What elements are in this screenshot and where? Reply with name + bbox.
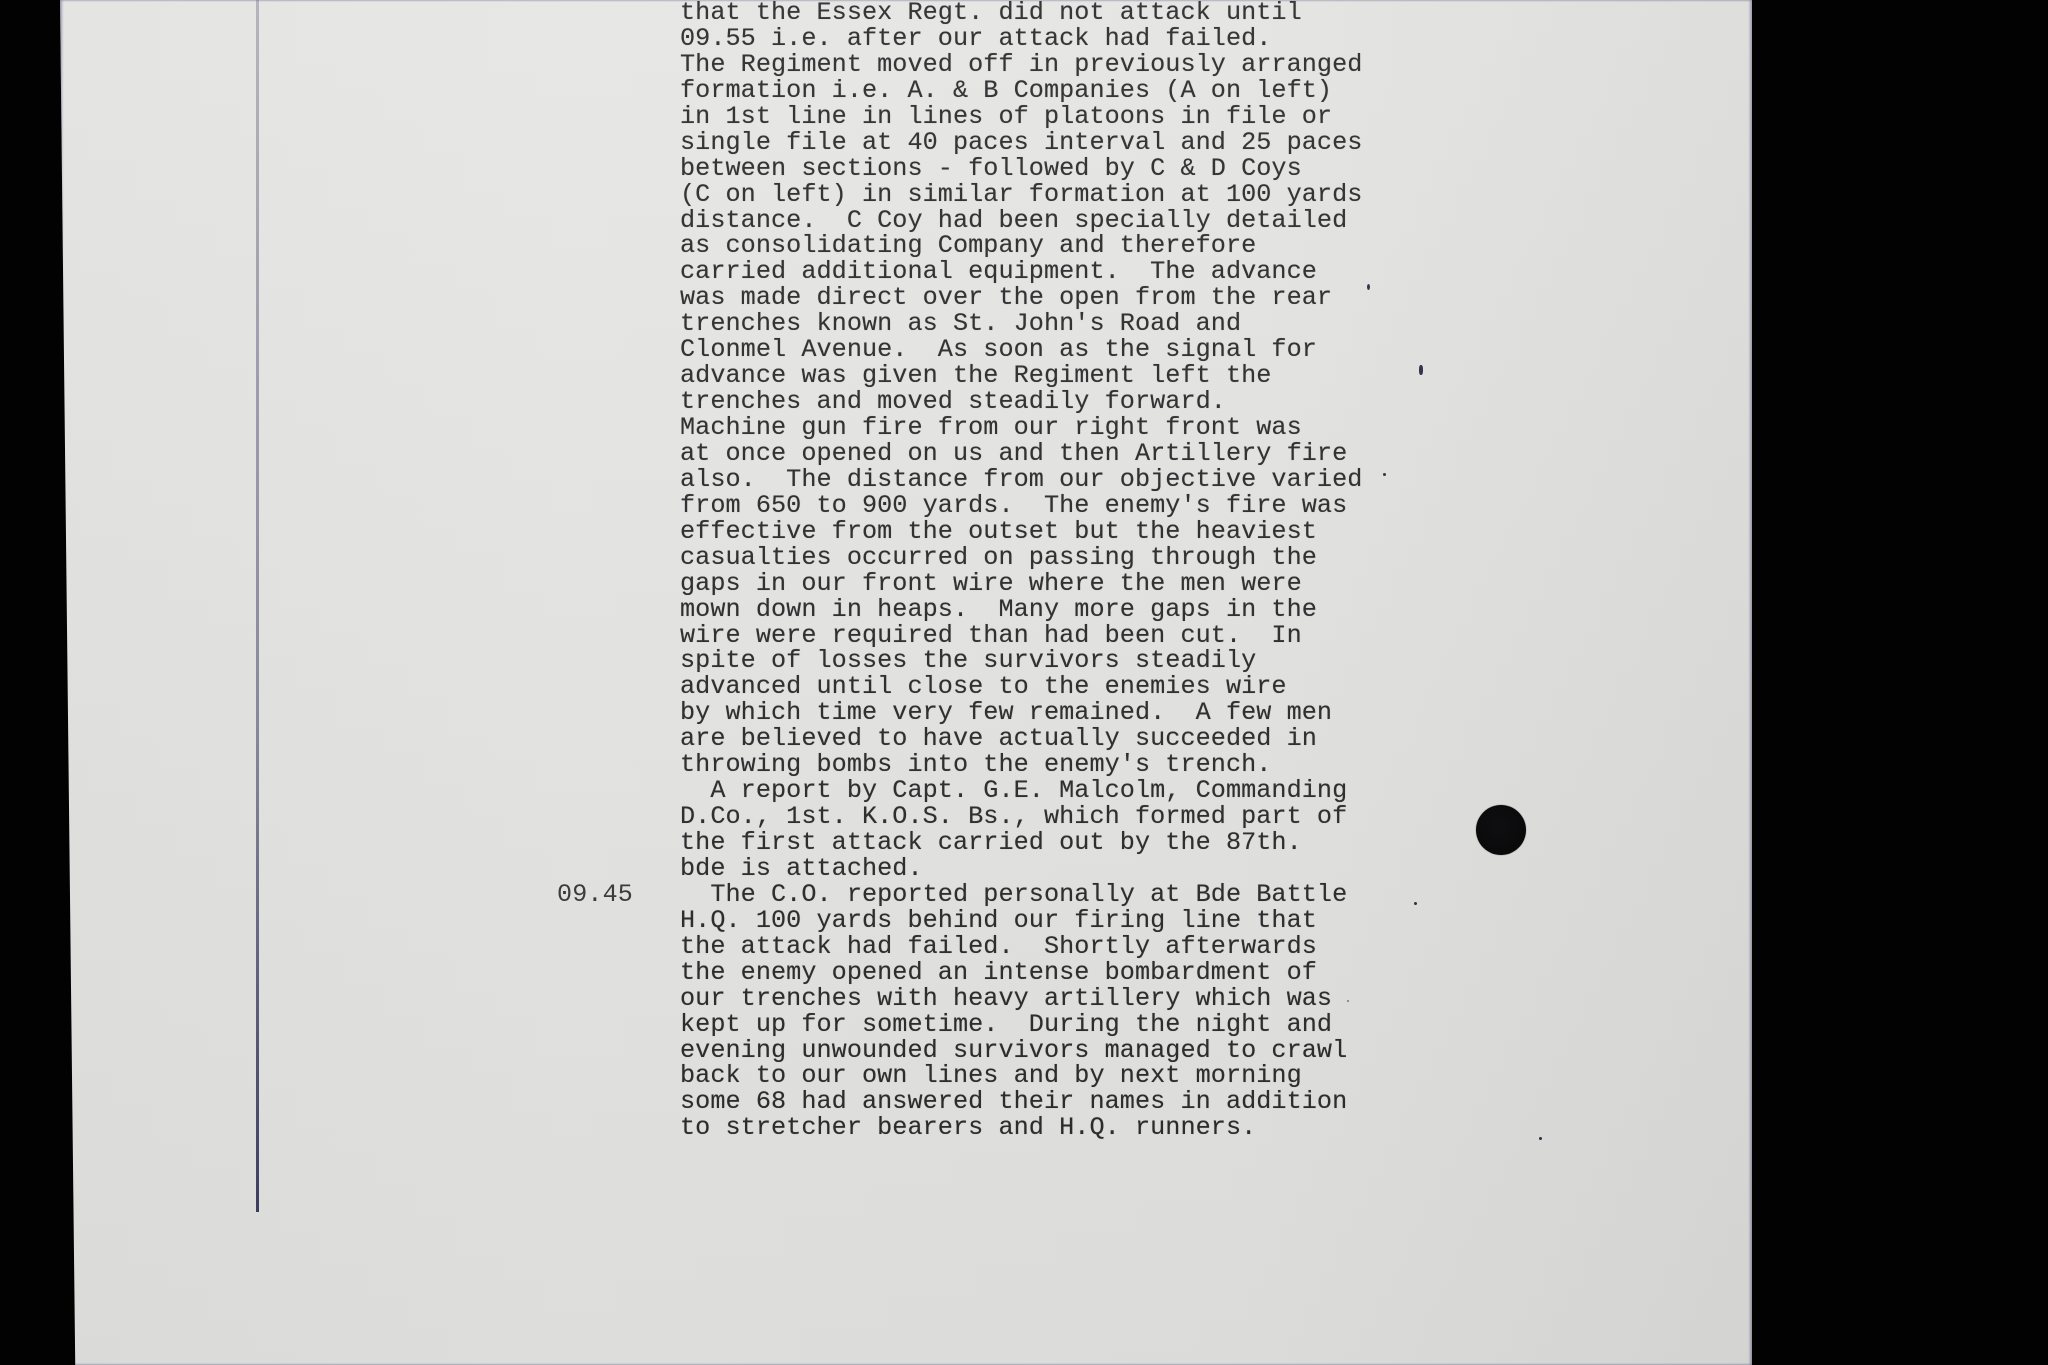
text-line: at once opened on us and then Artillery …: [680, 441, 1362, 467]
text-line: spite of losses the survivors steadily: [680, 648, 1362, 674]
ink-speck: [1367, 284, 1370, 290]
text-line: to stretcher bearers and H.Q. runners.: [680, 1115, 1362, 1141]
text-line: Machine gun fire from our right front wa…: [680, 415, 1362, 441]
text-line: kept up for sometime. During the night a…: [680, 1012, 1362, 1038]
text-line: gaps in our front wire where the men wer…: [680, 571, 1362, 597]
hole-punch-icon: [1476, 805, 1526, 855]
ink-speck: [1539, 1137, 1542, 1140]
text-line: evening unwounded survivors managed to c…: [680, 1038, 1362, 1064]
text-line: back to our own lines and by next mornin…: [680, 1063, 1362, 1089]
text-line: was made direct over the open from the r…: [680, 285, 1362, 311]
text-line: between sections - followed by C & D Coy…: [680, 156, 1362, 182]
text-line: effective from the outset but the heavie…: [680, 519, 1362, 545]
text-line: throwing bombs into the enemy's trench.: [680, 752, 1362, 778]
margin-rule: [256, 0, 259, 1212]
text-line: some 68 had answered their names in addi…: [680, 1089, 1362, 1115]
ink-speck: [1347, 1000, 1349, 1002]
body-text: that the Essex Regt. did not attack unti…: [680, 0, 1362, 1141]
text-line: the attack had failed. Shortly afterward…: [680, 934, 1362, 960]
text-line: H.Q. 100 yards behind our firing line th…: [680, 908, 1362, 934]
text-line: (C on left) in similar formation at 100 …: [680, 182, 1362, 208]
text-line: are believed to have actually succeeded …: [680, 726, 1362, 752]
text-line: distance. C Coy had been specially detai…: [680, 208, 1362, 234]
ink-speck: [1414, 902, 1417, 905]
document-page: 09.45 that the Essex Regt. did not attac…: [60, 0, 1752, 1365]
text-line: D.Co., 1st. K.O.S. Bs., which formed par…: [680, 804, 1362, 830]
text-line: trenches and moved steadily forward.: [680, 389, 1362, 415]
text-line: in 1st line in lines of platoons in file…: [680, 104, 1362, 130]
text-line: by which time very few remained. A few m…: [680, 700, 1362, 726]
text-line: carried additional equipment. The advanc…: [680, 259, 1362, 285]
text-line: The C.O. reported personally at Bde Batt…: [680, 882, 1362, 908]
text-line: casualties occurred on passing through t…: [680, 545, 1362, 571]
text-line: the first attack carried out by the 87th…: [680, 830, 1362, 856]
text-line: that the Essex Regt. did not attack unti…: [680, 0, 1362, 26]
text-line: 09.55 i.e. after our attack had failed.: [680, 26, 1362, 52]
text-line: advanced until close to the enemies wire: [680, 674, 1362, 700]
text-line: single file at 40 paces interval and 25 …: [680, 130, 1362, 156]
ink-speck: [1419, 365, 1423, 375]
text-line: formation i.e. A. & B Companies (A on le…: [680, 78, 1362, 104]
text-line: The Regiment moved off in previously arr…: [680, 52, 1362, 78]
text-line: the enemy opened an intense bombardment …: [680, 960, 1362, 986]
ink-speck: [1383, 473, 1386, 476]
text-line: from 650 to 900 yards. The enemy's fire …: [680, 493, 1362, 519]
text-line: as consolidating Company and therefore: [680, 233, 1362, 259]
text-line: also. The distance from our objective va…: [680, 467, 1362, 493]
text-line: advance was given the Regiment left the: [680, 363, 1362, 389]
text-line: trenches known as St. John's Road and: [680, 311, 1362, 337]
text-line: bde is attached.: [680, 856, 1362, 882]
photo-viewport: 09.45 that the Essex Regt. did not attac…: [0, 0, 2048, 1365]
text-line: mown down in heaps. Many more gaps in th…: [680, 597, 1362, 623]
text-line: A report by Capt. G.E. Malcolm, Commandi…: [680, 778, 1362, 804]
time-entry-label: 09.45: [557, 882, 633, 908]
text-line: Clonmel Avenue. As soon as the signal fo…: [680, 337, 1362, 363]
text-line: wire were required than had been cut. In: [680, 623, 1362, 649]
text-line: our trenches with heavy artillery which …: [680, 986, 1362, 1012]
